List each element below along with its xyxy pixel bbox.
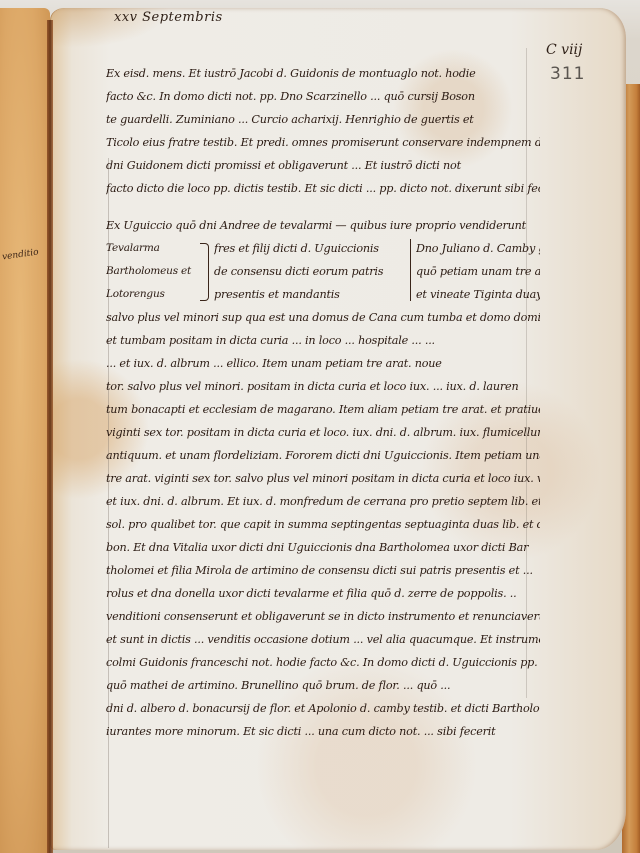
text-line: et tumbam positam in dicta curia ... in … xyxy=(106,329,540,352)
manuscript-page: xxv Septembris C viij 311 Ex eisd. mens.… xyxy=(50,8,626,850)
clause-line: presentis et mandantis xyxy=(214,283,404,306)
text-line: et sunt in dictis ... venditis occasione… xyxy=(106,628,540,651)
text-line: facto dicto die loco pp. dictis testib. … xyxy=(106,177,540,200)
bracketed-parties: Tevalarma Bartholomeus et Lotorengus fre… xyxy=(106,237,540,306)
text-line: dni d. albero d. bonacursij de flor. et … xyxy=(106,697,540,720)
party-name: Tevalarma xyxy=(106,237,198,260)
paragraph-1: Ex eisd. mens. Et iustrō Jacobi d. Guido… xyxy=(106,62,540,200)
text-line: dni Guidonem dicti promissi et obligaver… xyxy=(106,154,540,177)
text-line: viginti sex tor. positam in dicta curia … xyxy=(106,421,540,444)
text-line: tre arat. viginti sex tor. salvo plus ve… xyxy=(106,467,540,490)
text-line: iurantes more minorum. Et sic dicti ... … xyxy=(106,720,540,743)
text-line: tum bonacapti et ecclesiam de magarano. … xyxy=(106,398,540,421)
folio-number: 311 xyxy=(550,64,585,84)
text-line: Ticolo eius fratre testib. Et predi. omn… xyxy=(106,131,540,154)
text-line: et iux. dni. d. albrum. Et iux. d. monfr… xyxy=(106,490,540,513)
text-line: rolus et dna donella uxor dicti tevalarm… xyxy=(106,582,540,605)
bracket-divider xyxy=(410,239,411,301)
text-line: Ex eisd. mens. Et iustrō Jacobi d. Guido… xyxy=(106,62,540,85)
left-facing-page xyxy=(0,8,50,853)
text-line: tor. salvo plus vel minori. positam in d… xyxy=(106,375,540,398)
text-line: facto &c. In domo dicti not. pp. Dno Sca… xyxy=(106,85,540,108)
clause-column-a: fres et filij dicti d. Uguiccionis de co… xyxy=(214,237,404,306)
party-name: Lotorengus xyxy=(106,283,198,306)
text-line: venditioni consenserunt et obligaverunt … xyxy=(106,605,540,628)
party-names: Tevalarma Bartholomeus et Lotorengus xyxy=(106,237,198,306)
text-block: Ex eisd. mens. Et iustrō Jacobi d. Guido… xyxy=(106,62,540,743)
text-line: ... et iux. d. albrum ... ellico. Item u… xyxy=(106,352,540,375)
text-line: quō mathei de artimino. Brunellino quō b… xyxy=(106,674,540,697)
folio-roman-numeral: C viij xyxy=(546,42,582,58)
header-date: xxv Septembris xyxy=(114,10,223,25)
clause-column-b: Dno Juliano d. Camby gravidax quō petiam… xyxy=(416,237,540,306)
text-line: sol. pro qualibet tor. que capit in summ… xyxy=(106,513,540,536)
clause-line: quō petiam unam tre aratorie xyxy=(416,260,540,283)
clause-line: de consensu dicti eorum patris xyxy=(214,260,404,283)
party-name: Bartholomeus et xyxy=(106,260,198,283)
paragraph-2: Ex Uguiccio quō dni Andree de tevalarmi … xyxy=(106,214,540,306)
clause-line: et vineate Tiginta duay tor. xyxy=(416,283,540,306)
text-line: Ex Uguiccio quō dni Andree de tevalarmi … xyxy=(106,214,540,237)
text-line: antiquum. et unam flordeliziam. Fororem … xyxy=(106,444,540,467)
text-line: te guardelli. Zuminiano ... Curcio achar… xyxy=(106,108,540,131)
text-line: bon. Et dna Vitalia uxor dicti dni Uguic… xyxy=(106,536,540,559)
text-line: colmi Guidonis franceschi not. hodie fac… xyxy=(106,651,540,674)
book-gutter xyxy=(47,20,53,853)
clause-line: Dno Juliano d. Camby gravidax xyxy=(416,237,540,260)
paragraph-3: salvo plus vel minori sup qua est una do… xyxy=(106,306,540,743)
clause-line: fres et filij dicti d. Uguiccionis xyxy=(214,237,404,260)
text-line: tholomei et filia Mirola de artimino de … xyxy=(106,559,540,582)
text-line: salvo plus vel minori sup qua est una do… xyxy=(106,306,540,329)
bracket-brace xyxy=(200,243,209,301)
